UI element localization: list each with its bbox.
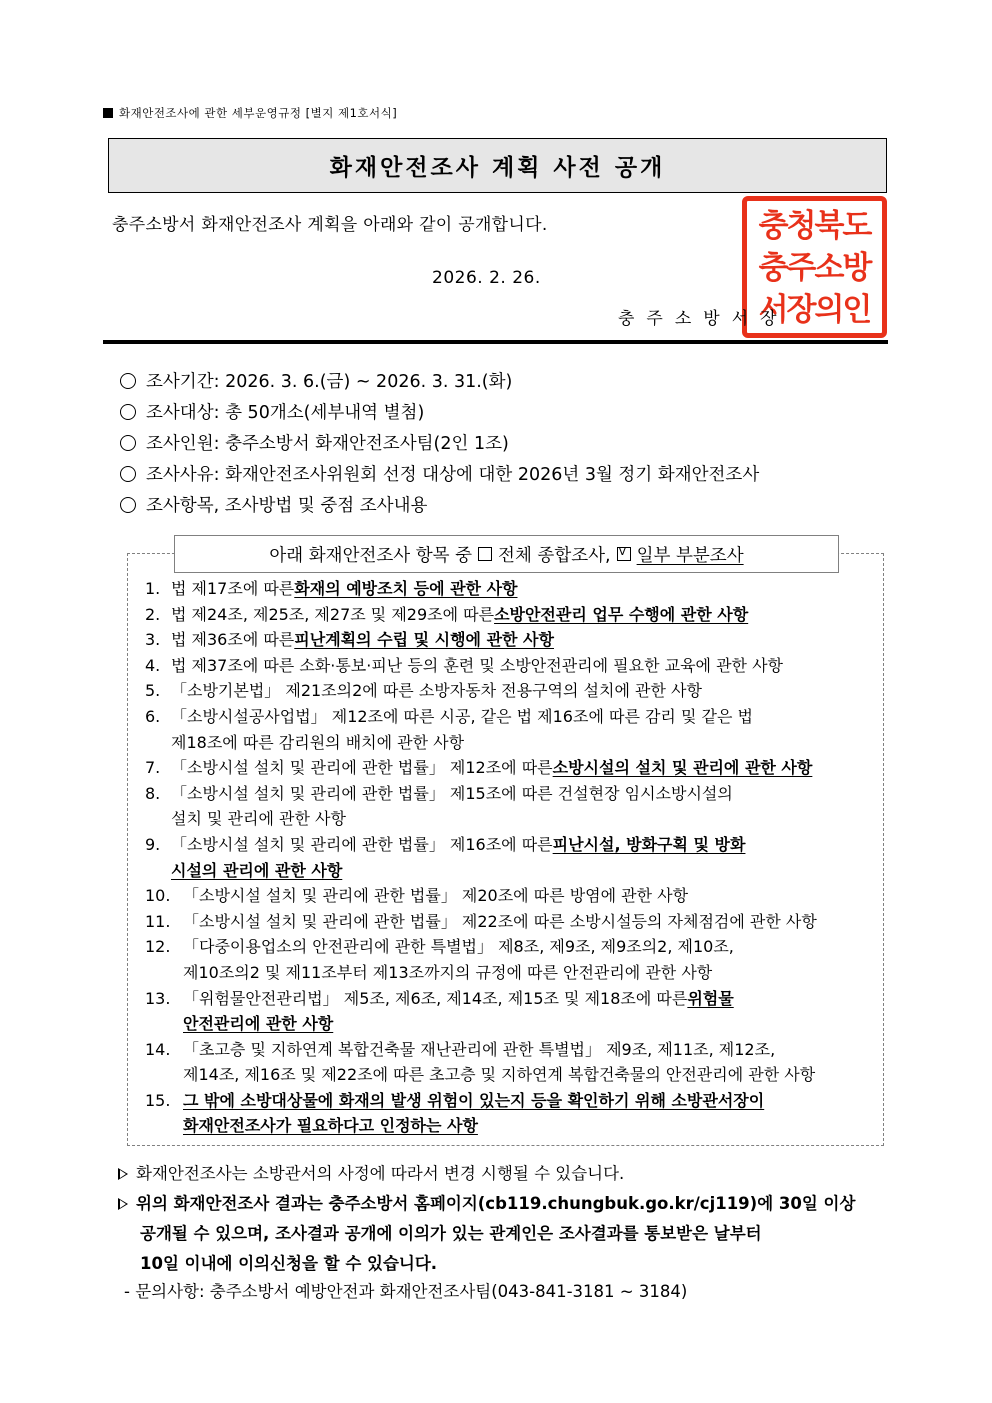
summary-target: 조사대상: 총 50개소(세부내역 별첨) xyxy=(120,399,759,430)
list-item: 5.「소방기본법」 제21조의2에 따른 소방자동차 전용구역의 설치에 관한 … xyxy=(145,678,872,704)
note-text: 화재안전조사는 소방관서의 사정에 따라서 변경 시행될 수 있습니다. xyxy=(136,1164,624,1183)
item-number: 4. xyxy=(145,653,171,679)
list-item: 4.법 제37조에 따른 소화·통보·피난 등의 훈련 및 소방안전관리에 필요… xyxy=(145,653,872,679)
item-number: 15. xyxy=(145,1088,183,1114)
item-text: 법 제37조에 따른 소화·통보·피난 등의 훈련 및 소방안전관리에 필요한 … xyxy=(171,653,783,679)
note-1: 화재안전조사는 소방관서의 사정에 따라서 변경 시행될 수 있습니다. xyxy=(118,1160,886,1190)
item-number: 1. xyxy=(145,576,171,602)
summary-label: 조사인원 xyxy=(146,434,214,454)
item-number: 3. xyxy=(145,627,171,653)
summary-list: 조사기간: 2026. 3. 6.(금) ~ 2026. 3. 31.(화) 조… xyxy=(120,368,759,523)
summary-label: 조사항목, 조사방법 및 중점 조사내용 xyxy=(146,496,427,516)
checkbox-partial-survey[interactable] xyxy=(617,547,631,561)
item-text: 제18조에 따른 감리원의 배치에 관한 사항 xyxy=(171,730,464,756)
circle-bullet-icon xyxy=(120,373,136,389)
item-emphasis: 소방안전관리 업무 수행에 관한 사항 xyxy=(494,602,748,628)
summary-value: 2026. 3. 6.(금) ~ 2026. 3. 31.(화) xyxy=(225,372,512,392)
item-number: 10. xyxy=(145,883,183,909)
circle-bullet-icon xyxy=(120,404,136,420)
item-text: 「다중이용업소의 안전관리에 관한 특별법」 제8조, 제9조, 제9조의2, … xyxy=(183,934,734,960)
list-item-continuation: 제14조, 제16조 및 제22조에 따른 초고층 및 지하연계 복합건축물의 … xyxy=(145,1062,872,1088)
triangle-bullet-icon xyxy=(118,1168,128,1180)
list-item: 8.「소방시설 설치 및 관리에 관한 법률」 제15조에 따른 건설현장 임시… xyxy=(145,781,872,807)
issue-date: 2026. 2. 26. xyxy=(432,268,541,288)
seal-line: 충청북도 xyxy=(750,205,879,247)
triangle-bullet-icon xyxy=(118,1198,128,1210)
summary-reason: 조사사유: 화재안전조사위원회 선정 대상에 대한 2026년 3월 정기 화재… xyxy=(120,461,759,492)
seal-line: 충주소방 xyxy=(750,247,879,289)
list-item: 10.「소방시설 설치 및 관리에 관한 법률」 제20조에 따른 방염에 관한… xyxy=(145,883,872,909)
list-item: 6.「소방시설공사업법」 제12조에 따른 시공, 같은 법 제16조에 따른 … xyxy=(145,704,872,730)
item-emphasis: 안전관리에 관한 사항 xyxy=(183,1011,333,1037)
item-number: 12. xyxy=(145,934,183,960)
item-text: 법 제24조, 제25조, 제27조 및 제29조에 따른 xyxy=(171,602,494,628)
scope-prefix: 아래 화재안전조사 항목 중 xyxy=(269,542,472,567)
list-item-continuation: 시설의 관리에 관한 사항 xyxy=(145,858,872,884)
list-item-continuation: 화재안전조사가 필요하다고 인정하는 사항 xyxy=(145,1113,872,1139)
item-number: 5. xyxy=(145,678,171,704)
intro-text: 충주소방서 화재안전조사 계획을 아래와 같이 공개합니다. xyxy=(112,210,548,235)
item-text: 법 제17조에 따른 xyxy=(171,576,294,602)
notes: 화재안전조사는 소방관서의 사정에 따라서 변경 시행될 수 있습니다. 위의 … xyxy=(118,1160,886,1280)
item-number: 14. xyxy=(145,1037,183,1063)
item-text: 제14조, 제16조 및 제22조에 따른 초고층 및 지하연계 복합건축물의 … xyxy=(183,1062,815,1088)
list-item: 13.「위험물안전관리법」 제5조, 제6조, 제14조, 제15조 및 제18… xyxy=(145,986,872,1012)
note-2-cont: 공개될 수 있으며, 조사결과 공개에 이의가 있는 관계인은 조사결과를 통보… xyxy=(118,1220,886,1250)
item-text: 「소방시설 설치 및 관리에 관한 법률」 제12조에 따른 xyxy=(171,755,553,781)
summary-staff: 조사인원: 충주소방서 화재안전조사팀(2인 1조) xyxy=(120,430,759,461)
list-item: 3.법 제36조에 따른 피난계획의 수립 및 시행에 관한 사항 xyxy=(145,627,872,653)
item-emphasis: 소방시설의 설치 및 관리에 관한 사항 xyxy=(553,755,813,781)
item-emphasis: 그 밖에 소방대상물에 화재의 발생 위험이 있는지 등을 확인하기 위해 소방… xyxy=(183,1088,764,1114)
note-text: 위의 화재안전조사 결과는 충주소방서 홈페이지(cb119.chungbuk.… xyxy=(136,1194,855,1213)
list-item: 9.「소방시설 설치 및 관리에 관한 법률」 제16조에 따른 피난시설, 방… xyxy=(145,832,872,858)
circle-bullet-icon xyxy=(120,435,136,451)
scope-header: 아래 화재안전조사 항목 중 전체 종합조사, 일부 부분조사 xyxy=(174,535,839,573)
list-item: 14.「초고층 및 지하연계 복합건축물 재난관리에 관한 특별법」 제9조, … xyxy=(145,1037,872,1063)
title-box: 화재안전조사 계획 사전 공개 xyxy=(108,138,887,193)
summary-label: 조사대상 xyxy=(146,403,214,423)
summary-label: 조사기간 xyxy=(146,372,214,392)
item-number: 8. xyxy=(145,781,171,807)
checkbox-full-survey[interactable] xyxy=(478,547,492,561)
summary-label: 조사사유 xyxy=(146,465,214,485)
summary-period: 조사기간: 2026. 3. 6.(금) ~ 2026. 3. 31.(화) xyxy=(120,368,759,399)
item-number: 6. xyxy=(145,704,171,730)
note-2: 위의 화재안전조사 결과는 충주소방서 홈페이지(cb119.chungbuk.… xyxy=(118,1190,886,1220)
item-number: 11. xyxy=(145,909,183,935)
list-item-continuation: 제10조의2 및 제11조부터 제13조까지의 규정에 따른 안전관리에 관한 … xyxy=(145,960,872,986)
item-emphasis: 피난시설, 방화구획 및 방화 xyxy=(553,832,746,858)
header-divider xyxy=(103,340,888,344)
form-reference-text: 화재안전조사에 관한 세부운영규정 [별지 제1호서식] xyxy=(119,106,397,120)
item-text: 「초고층 및 지하연계 복합건축물 재난관리에 관한 특별법」 제9조, 제11… xyxy=(183,1037,775,1063)
list-item: 7.「소방시설 설치 및 관리에 관한 법률」 제12조에 따른 소방시설의 설… xyxy=(145,755,872,781)
item-emphasis: 화재의 예방조치 등에 관한 사항 xyxy=(294,576,517,602)
item-text: 제10조의2 및 제11조부터 제13조까지의 규정에 따른 안전관리에 관한 … xyxy=(183,960,712,986)
summary-value: 충주소방서 화재안전조사팀(2인 1조) xyxy=(225,434,509,454)
square-bullet-icon xyxy=(103,108,113,118)
item-number: 2. xyxy=(145,602,171,628)
circle-bullet-icon xyxy=(120,497,136,513)
item-text: 「소방시설 설치 및 관리에 관한 법률」 제20조에 따른 방염에 관한 사항 xyxy=(183,883,688,909)
contact-info: - 문의사항: 충주소방서 예방안전과 화재안전조사팀(043-841-3181… xyxy=(124,1278,687,1302)
list-item: 2.법 제24조, 제25조, 제27조 및 제29조에 따른 소방안전관리 업… xyxy=(145,602,872,628)
list-item: 15.그 밖에 소방대상물에 화재의 발생 위험이 있는지 등을 확인하기 위해… xyxy=(145,1088,872,1114)
item-number: 7. xyxy=(145,755,171,781)
signer: 충주소방서장 xyxy=(618,304,789,329)
item-number: 9. xyxy=(145,832,171,858)
item-number: 13. xyxy=(145,986,183,1012)
item-text: 법 제36조에 따른 xyxy=(171,627,294,653)
item-emphasis: 시설의 관리에 관한 사항 xyxy=(171,858,342,884)
page-title: 화재안전조사 계획 사전 공개 xyxy=(330,149,666,182)
item-text: 「소방시설 설치 및 관리에 관한 법률」 제16조에 따른 xyxy=(171,832,553,858)
list-item: 12.「다중이용업소의 안전관리에 관한 특별법」 제8조, 제9조, 제9조의… xyxy=(145,934,872,960)
summary-items: 조사항목, 조사방법 및 중점 조사내용 xyxy=(120,492,759,523)
form-reference: 화재안전조사에 관한 세부운영규정 [별지 제1호서식] xyxy=(103,105,397,121)
item-text: 「소방기본법」 제21조의2에 따른 소방자동차 전용구역의 설치에 관한 사항 xyxy=(171,678,702,704)
circle-bullet-icon xyxy=(120,466,136,482)
item-emphasis: 피난계획의 수립 및 시행에 관한 사항 xyxy=(294,627,554,653)
option-full-label: 전체 종합조사, xyxy=(498,542,611,567)
option-partial-label: 일부 부분조사 xyxy=(637,542,744,567)
summary-value: 총 50개소(세부내역 별첨) xyxy=(225,403,424,423)
list-item: 1.법 제17조에 따른 화재의 예방조치 등에 관한 사항 xyxy=(145,576,872,602)
item-text: 「소방시설공사업법」 제12조에 따른 시공, 같은 법 제16조에 따른 감리… xyxy=(171,704,753,730)
item-emphasis: 화재안전조사가 필요하다고 인정하는 사항 xyxy=(183,1113,478,1139)
list-item: 11.「소방시설 설치 및 관리에 관한 법률」 제22조에 따른 소방시설등의… xyxy=(145,909,872,935)
survey-items: 1.법 제17조에 따른 화재의 예방조치 등에 관한 사항2.법 제24조, … xyxy=(145,576,872,1139)
item-text: 「위험물안전관리법」 제5조, 제6조, 제14조, 제15조 및 제18조에 … xyxy=(183,986,687,1012)
item-text: 「소방시설 설치 및 관리에 관한 법률」 제15조에 따른 건설현장 임시소방… xyxy=(171,781,733,807)
item-text: 「소방시설 설치 및 관리에 관한 법률」 제22조에 따른 소방시설등의 자체… xyxy=(183,909,817,935)
list-item-continuation: 안전관리에 관한 사항 xyxy=(145,1011,872,1037)
item-text: 설치 및 관리에 관한 사항 xyxy=(171,806,346,832)
summary-value: 화재안전조사위원회 선정 대상에 대한 2026년 3월 정기 화재안전조사 xyxy=(225,465,759,485)
note-2-cont: 10일 이내에 이의신청을 할 수 있습니다. xyxy=(118,1250,886,1280)
item-emphasis: 위험물 xyxy=(687,986,733,1012)
list-item-continuation: 제18조에 따른 감리원의 배치에 관한 사항 xyxy=(145,730,872,756)
list-item-continuation: 설치 및 관리에 관한 사항 xyxy=(145,806,872,832)
